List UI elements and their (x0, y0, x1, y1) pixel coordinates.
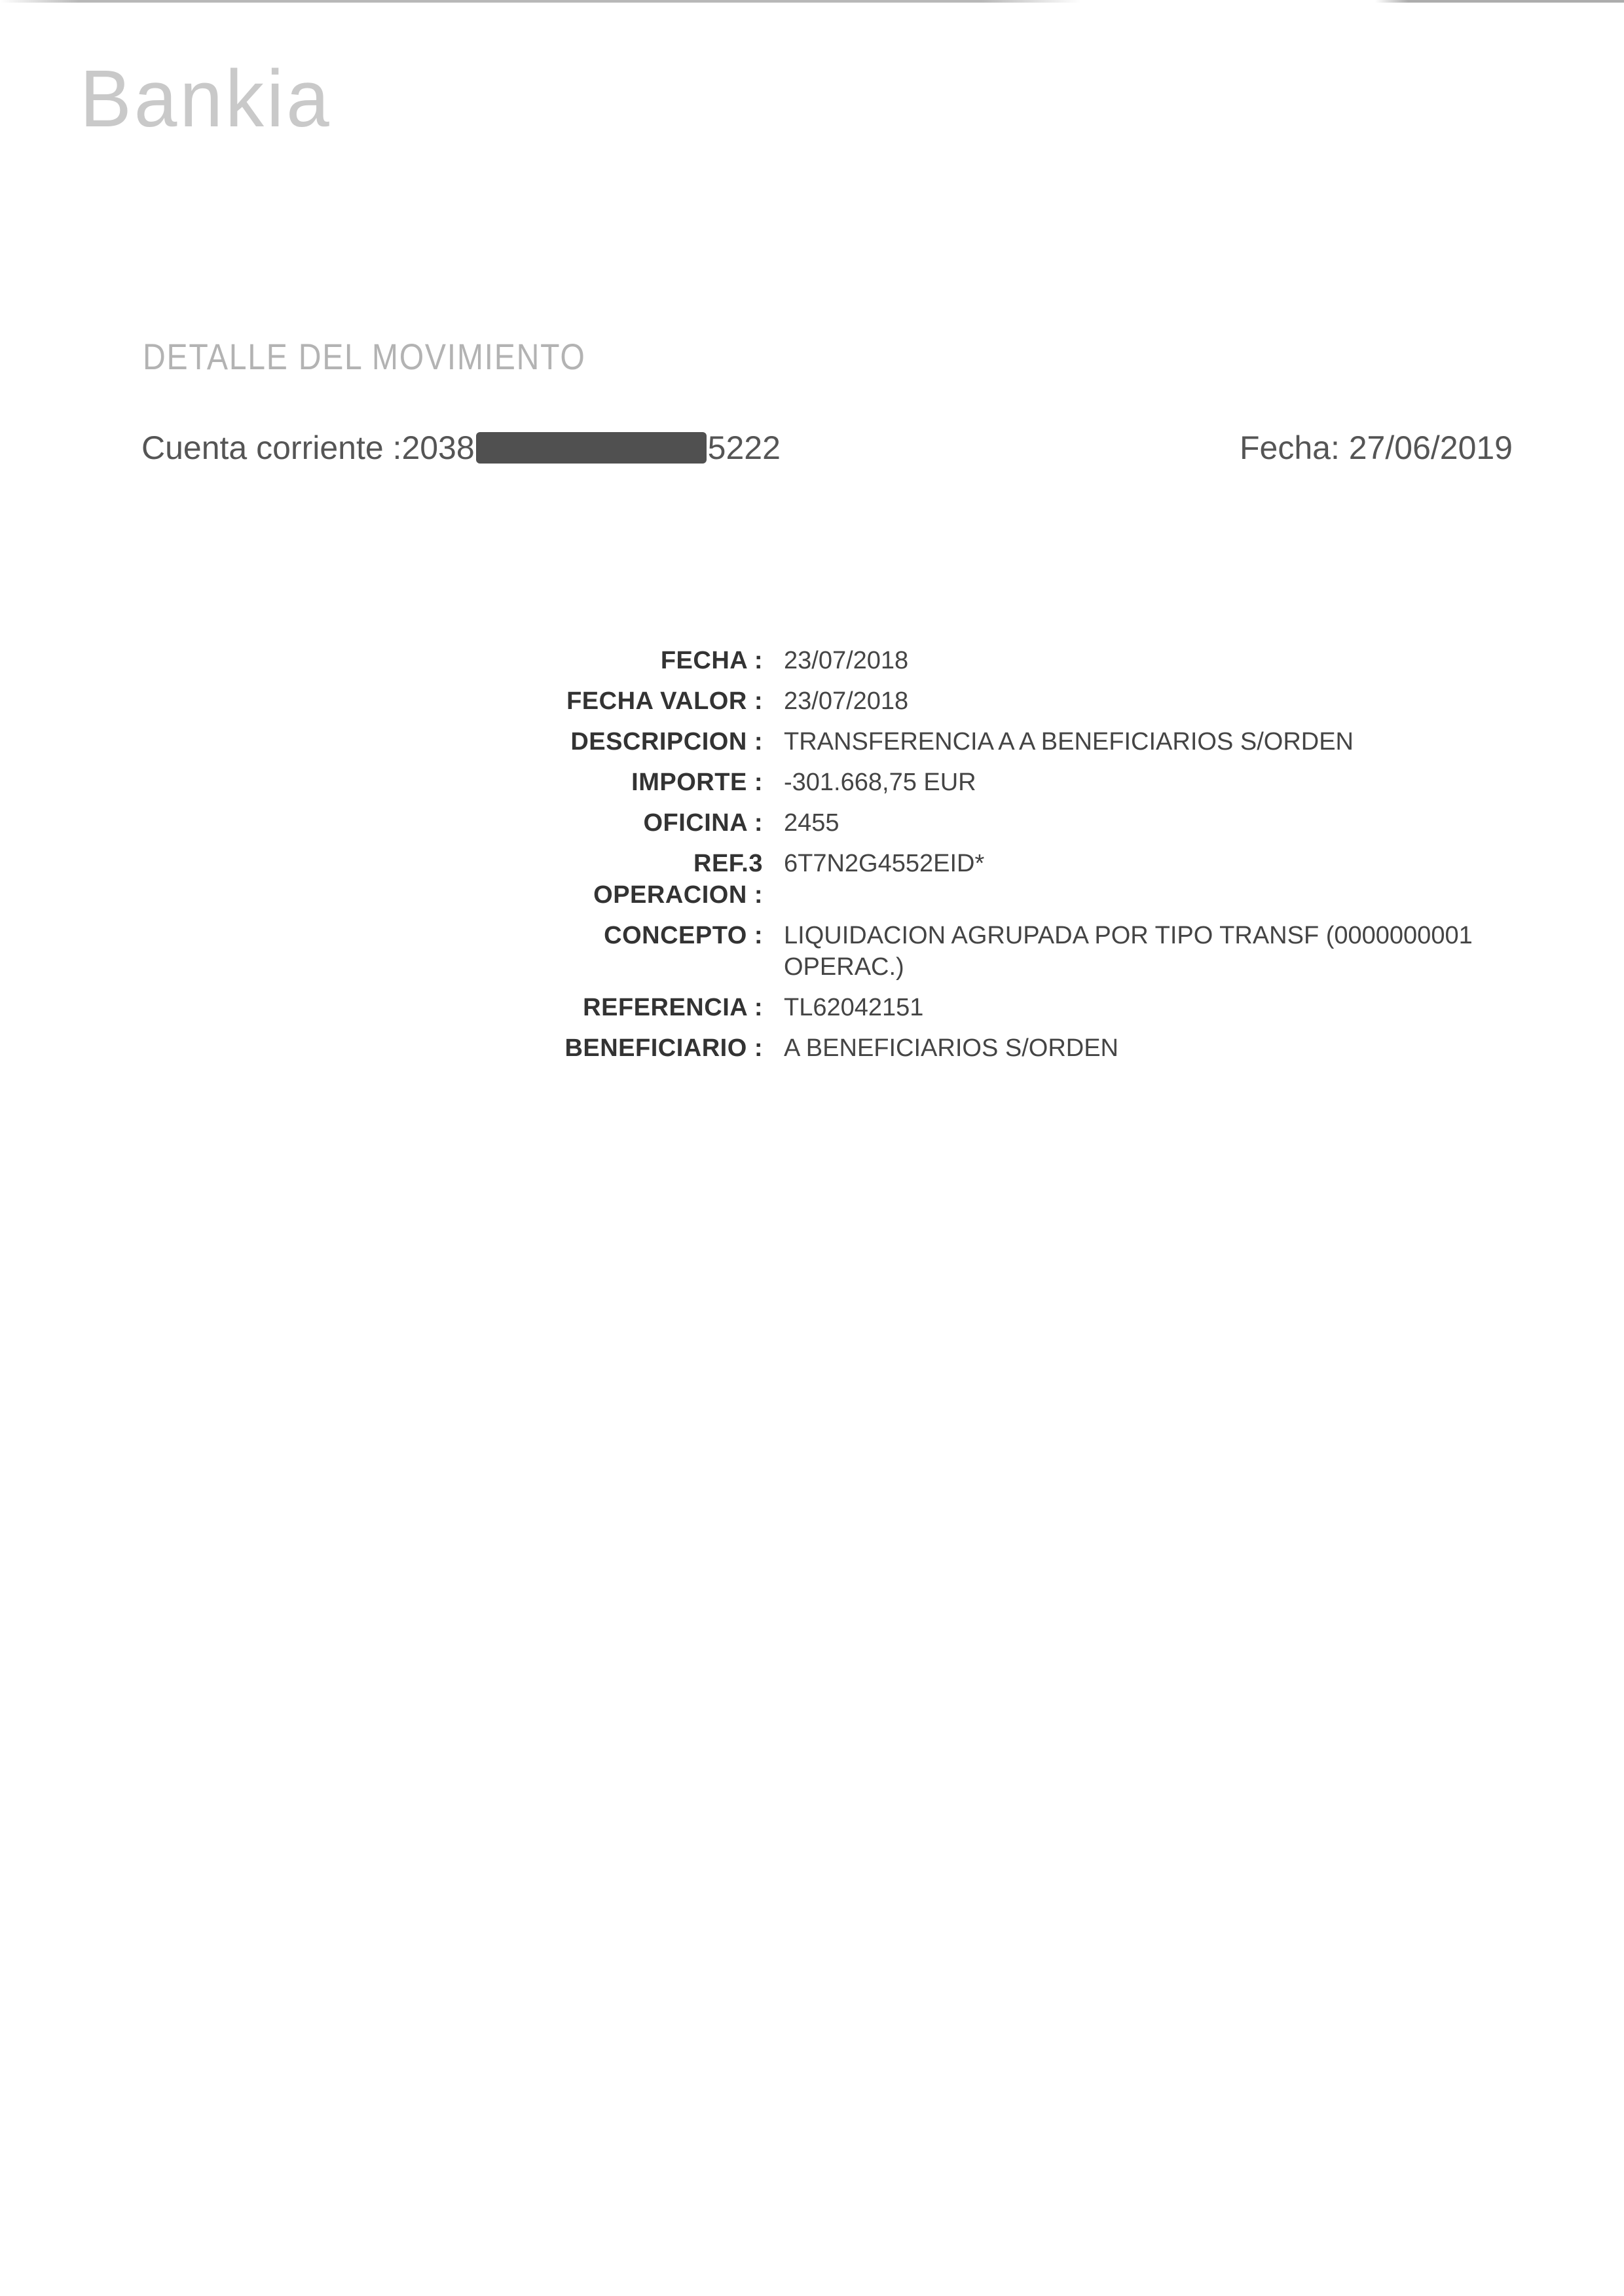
print-date-label: Fecha: (1240, 429, 1349, 466)
detail-value-line: TRANSFERENCIA A A BENEFICIARIOS S/ORDEN (784, 721, 1491, 762)
detail-label: REFERENCIA : (563, 987, 763, 1028)
movement-details: FECHA :23/07/2018FECHA VALOR :23/07/2018… (563, 640, 1491, 1068)
detail-label: FECHA : (563, 640, 763, 681)
account-line: Cuenta corriente : 2038 5222 (141, 429, 781, 467)
detail-label: REF.3OPERACION : (563, 848, 763, 911)
detail-label-line: OFICINA : (563, 803, 763, 843)
detail-label: FECHA VALOR : (563, 681, 763, 721)
detail-value-line: TL62042151 (784, 987, 1491, 1028)
detail-value-line: 2455 (784, 803, 1491, 843)
detail-row: IMPORTE :-301.668,75 EUR (563, 762, 1491, 803)
detail-label-line: FECHA : (563, 640, 763, 681)
print-date: Fecha: 27/06/2019 (1240, 429, 1513, 467)
detail-label-line: BENEFICIARIO : (563, 1028, 763, 1068)
detail-label-line: FECHA VALOR : (563, 681, 763, 721)
detail-value: 6T7N2G4552EID* (784, 848, 1491, 911)
detail-value: TL62042151 (784, 987, 1491, 1028)
bank-logo: Bankia (80, 58, 332, 139)
detail-value: 2455 (784, 803, 1491, 843)
detail-row: CONCEPTO :LIQUIDACION AGRUPADA POR TIPO … (563, 915, 1491, 987)
scan-edge (0, 0, 1624, 3)
detail-value-line: 23/07/2018 (784, 640, 1491, 681)
account-prefix: 2038 (401, 429, 474, 467)
detail-row: DESCRIPCION :TRANSFERENCIA A A BENEFICIA… (563, 721, 1491, 762)
detail-value-line: -301.668,75 EUR (784, 762, 1491, 803)
detail-row: REF.3OPERACION :6T7N2G4552EID* (563, 843, 1491, 915)
detail-value-line: 23/07/2018 (784, 681, 1491, 721)
redaction-bar (476, 432, 707, 464)
detail-value-line: LIQUIDACION AGRUPADA POR TIPO TRANSF (00… (784, 920, 1491, 951)
detail-label-line: DESCRIPCION : (563, 721, 763, 762)
detail-value: LIQUIDACION AGRUPADA POR TIPO TRANSF (00… (784, 920, 1491, 983)
account-label: Cuenta corriente : (141, 429, 401, 467)
detail-label-line: OPERACION : (563, 879, 763, 911)
detail-label: IMPORTE : (563, 762, 763, 803)
detail-value: 23/07/2018 (784, 681, 1491, 721)
detail-row: BENEFICIARIO :A BENEFICIARIOS S/ORDEN (563, 1028, 1491, 1068)
detail-label: BENEFICIARIO : (563, 1028, 763, 1068)
detail-row: REFERENCIA :TL62042151 (563, 987, 1491, 1028)
account-suffix: 5222 (708, 429, 781, 467)
detail-label: CONCEPTO : (563, 920, 763, 983)
detail-value-line: 6T7N2G4552EID* (784, 848, 1491, 879)
page-title: DETALLE DEL MOVIMIENTO (143, 335, 586, 378)
detail-label-line: CONCEPTO : (563, 920, 763, 951)
print-date-value: 27/06/2019 (1349, 429, 1513, 466)
detail-row: OFICINA :2455 (563, 803, 1491, 843)
detail-label-line: REFERENCIA : (563, 987, 763, 1028)
detail-value: A BENEFICIARIOS S/ORDEN (784, 1028, 1491, 1068)
detail-value-line: A BENEFICIARIOS S/ORDEN (784, 1028, 1491, 1068)
detail-value-line: OPERAC.) (784, 951, 1491, 983)
detail-value: TRANSFERENCIA A A BENEFICIARIOS S/ORDEN (784, 721, 1491, 762)
detail-label: OFICINA : (563, 803, 763, 843)
detail-row: FECHA VALOR :23/07/2018 (563, 681, 1491, 721)
detail-row: FECHA :23/07/2018 (563, 640, 1491, 681)
detail-label: DESCRIPCION : (563, 721, 763, 762)
detail-label-line: IMPORTE : (563, 762, 763, 803)
detail-value: 23/07/2018 (784, 640, 1491, 681)
detail-label-line: REF.3 (563, 848, 763, 879)
detail-value: -301.668,75 EUR (784, 762, 1491, 803)
